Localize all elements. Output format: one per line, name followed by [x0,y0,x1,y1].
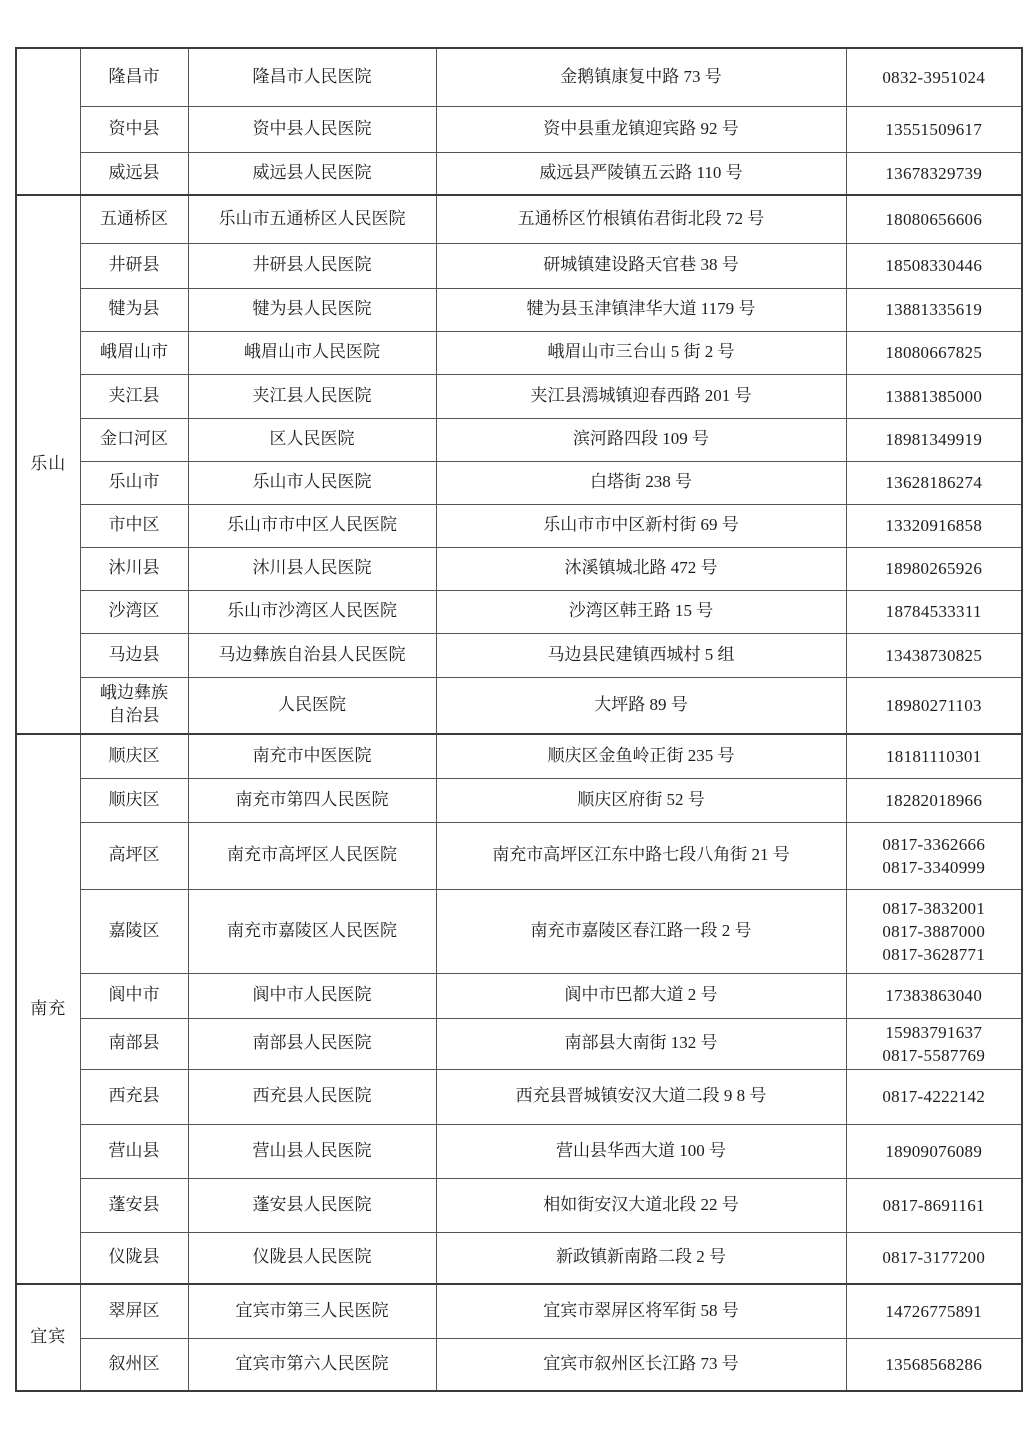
phone-number: 0817-3340999 [853,856,1016,879]
hospital-name-cell: 乐山市五通桥区人民医院 [188,195,436,243]
address-cell: 资中县重龙镇迎宾路 92 号 [436,106,846,152]
district-cell: 资中县 [80,106,188,152]
hospital-name-cell: 南充市嘉陵区人民医院 [188,889,436,973]
phone-cell: 18981349919 [846,418,1022,461]
hospital-row: 峨眉山市峨眉山市人民医院峨眉山市三台山 5 街 2 号18080667825 [16,331,1022,374]
city-cell: 宜宾 [16,1284,80,1391]
phone-number: 18282018966 [853,789,1016,812]
address-cell: 相如街安汉大道北段 22 号 [436,1178,846,1232]
hospital-row: 高坪区南充市高坪区人民医院南充市高坪区江东中路七段八角街 21 号0817-33… [16,822,1022,889]
hospital-name-cell: 犍为县人民医院 [188,288,436,331]
hospital-row: 金口河区区人民医院滨河路四段 109 号18981349919 [16,418,1022,461]
district-cell: 沐川县 [80,547,188,590]
address-cell: 马边县民建镇西城村 5 组 [436,633,846,677]
phone-number: 13881385000 [853,385,1016,408]
phone-number: 18980265926 [853,557,1016,580]
address-cell: 沐溪镇城北路 472 号 [436,547,846,590]
phone-cell: 18909076089 [846,1124,1022,1178]
phone-number: 0817-3628771 [853,943,1016,966]
phone-number: 13438730825 [853,644,1016,667]
hospital-name-cell: 西充县人民医院 [188,1069,436,1124]
address-cell: 夹江县漹城镇迎春西路 201 号 [436,374,846,418]
phone-cell: 18784533311 [846,590,1022,633]
district-cell: 峨眉山市 [80,331,188,374]
hospital-name-cell: 蓬安县人民医院 [188,1178,436,1232]
district-cell: 南部县 [80,1018,188,1069]
hospital-name-cell: 峨眉山市人民医院 [188,331,436,374]
phone-cell: 13320916858 [846,504,1022,547]
phone-number: 13568568286 [853,1353,1016,1376]
phone-number: 18980271103 [853,694,1016,717]
phone-number: 0817-8691161 [853,1194,1016,1217]
district-cell: 沙湾区 [80,590,188,633]
address-cell: 宜宾市叙州区长江路 73 号 [436,1338,846,1391]
district-cell: 翠屏区 [80,1284,188,1338]
hospital-name-cell: 区人民医院 [188,418,436,461]
phone-cell: 0817-38320010817-38870000817-3628771 [846,889,1022,973]
district-cell: 井研县 [80,243,188,288]
district-cell: 嘉陵区 [80,889,188,973]
hospital-row: 南充顺庆区南充市中医医院顺庆区金鱼岭正街 235 号18181110301 [16,734,1022,778]
phone-number: 0817-3887000 [853,920,1016,943]
phone-cell: 14726775891 [846,1284,1022,1338]
phone-cell: 13628186274 [846,461,1022,504]
phone-cell: 13678329739 [846,152,1022,195]
address-cell: 沙湾区韩王路 15 号 [436,590,846,633]
phone-cell: 0817-8691161 [846,1178,1022,1232]
phone-cell: 13551509617 [846,106,1022,152]
phone-cell: 18080656606 [846,195,1022,243]
address-cell: 新政镇新南路二段 2 号 [436,1232,846,1284]
phone-number: 13551509617 [853,118,1016,141]
hospital-row: 乐山五通桥区乐山市五通桥区人民医院五通桥区竹根镇佑君街北段 72 号180806… [16,195,1022,243]
hospital-row: 井研县井研县人民医院研城镇建设路天官巷 38 号18508330446 [16,243,1022,288]
phone-cell: 13881335619 [846,288,1022,331]
district-cell: 仪陇县 [80,1232,188,1284]
phone-number: 13678329739 [853,162,1016,185]
hospital-name-cell: 乐山市人民医院 [188,461,436,504]
phone-cell: 18980265926 [846,547,1022,590]
hospital-row: 顺庆区南充市第四人民医院顺庆区府街 52 号18282018966 [16,778,1022,822]
address-cell: 乐山市市中区新村街 69 号 [436,504,846,547]
hospital-name-cell: 夹江县人民医院 [188,374,436,418]
hospital-name-cell: 资中县人民医院 [188,106,436,152]
hospital-name-cell: 乐山市市中区人民医院 [188,504,436,547]
address-cell: 白塔街 238 号 [436,461,846,504]
phone-number: 0817-3362666 [853,833,1016,856]
hospital-name-cell: 阆中市人民医院 [188,973,436,1018]
district-cell: 威远县 [80,152,188,195]
hospital-name-cell: 乐山市沙湾区人民医院 [188,590,436,633]
phone-number: 0817-3177200 [853,1246,1016,1269]
phone-number: 13320916858 [853,514,1016,537]
district-cell: 隆昌市 [80,48,188,106]
district-cell: 营山县 [80,1124,188,1178]
hospital-name-cell: 沐川县人民医院 [188,547,436,590]
district-cell: 夹江县 [80,374,188,418]
phone-cell: 0817-4222142 [846,1069,1022,1124]
phone-number: 18784533311 [853,600,1016,623]
district-cell: 西充县 [80,1069,188,1124]
address-cell: 滨河路四段 109 号 [436,418,846,461]
district-cell: 金口河区 [80,418,188,461]
phone-cell: 18282018966 [846,778,1022,822]
city-cell [16,48,80,195]
district-cell: 顺庆区 [80,778,188,822]
phone-number: 14726775891 [853,1300,1016,1323]
hospital-name-cell: 南充市第四人民医院 [188,778,436,822]
phone-cell: 18080667825 [846,331,1022,374]
phone-number: 18508330446 [853,254,1016,277]
address-cell: 西充县晋城镇安汉大道二段 9 8 号 [436,1069,846,1124]
hospital-row: 乐山市乐山市人民医院白塔街 238 号13628186274 [16,461,1022,504]
hospital-row: 仪陇县仪陇县人民医院新政镇新南路二段 2 号0817-3177200 [16,1232,1022,1284]
hospital-row: 峨边彝族自治县人民医院大坪路 89 号18980271103 [16,677,1022,734]
hospital-row: 叙州区宜宾市第六人民医院宜宾市叙州区长江路 73 号13568568286 [16,1338,1022,1391]
address-cell: 峨眉山市三台山 5 街 2 号 [436,331,846,374]
hospital-name-cell: 人民医院 [188,677,436,734]
district-cell: 犍为县 [80,288,188,331]
address-cell: 南充市高坪区江东中路七段八角街 21 号 [436,822,846,889]
hospital-row: 南部县南部县人民医院南部县大南街 132 号159837916370817-55… [16,1018,1022,1069]
phone-number: 13628186274 [853,471,1016,494]
hospital-row: 犍为县犍为县人民医院犍为县玉津镇津华大道 1179 号13881335619 [16,288,1022,331]
district-cell: 乐山市 [80,461,188,504]
hospital-row: 沙湾区乐山市沙湾区人民医院沙湾区韩王路 15 号18784533311 [16,590,1022,633]
hospital-row: 蓬安县蓬安县人民医院相如街安汉大道北段 22 号0817-8691161 [16,1178,1022,1232]
district-cell: 蓬安县 [80,1178,188,1232]
address-cell: 南部县大南街 132 号 [436,1018,846,1069]
address-cell: 金鹅镇康复中路 73 号 [436,48,846,106]
phone-cell: 17383863040 [846,973,1022,1018]
phone-number: 18181110301 [853,745,1016,768]
district-cell: 五通桥区 [80,195,188,243]
phone-cell: 0832-3951024 [846,48,1022,106]
address-cell: 阆中市巴都大道 2 号 [436,973,846,1018]
address-cell: 犍为县玉津镇津华大道 1179 号 [436,288,846,331]
phone-cell: 159837916370817-5587769 [846,1018,1022,1069]
phone-cell: 13568568286 [846,1338,1022,1391]
address-cell: 南充市嘉陵区春江路一段 2 号 [436,889,846,973]
hospital-row: 隆昌市隆昌市人民医院金鹅镇康复中路 73 号0832-3951024 [16,48,1022,106]
city-cell: 南充 [16,734,80,1284]
district-cell: 顺庆区 [80,734,188,778]
hospital-name-cell: 马边彝族自治县人民医院 [188,633,436,677]
phone-number: 0832-3951024 [853,66,1016,89]
phone-cell: 18181110301 [846,734,1022,778]
hospital-name-cell: 南充市高坪区人民医院 [188,822,436,889]
hospital-name-cell: 宜宾市第六人民医院 [188,1338,436,1391]
phone-cell: 13881385000 [846,374,1022,418]
phone-cell: 0817-33626660817-3340999 [846,822,1022,889]
hospital-name-cell: 南部县人民医院 [188,1018,436,1069]
phone-number: 18080667825 [853,341,1016,364]
district-cell: 市中区 [80,504,188,547]
address-cell: 研城镇建设路天官巷 38 号 [436,243,846,288]
address-cell: 顺庆区金鱼岭正街 235 号 [436,734,846,778]
hospital-row: 市中区乐山市市中区人民医院乐山市市中区新村街 69 号13320916858 [16,504,1022,547]
hospital-row: 嘉陵区南充市嘉陵区人民医院南充市嘉陵区春江路一段 2 号0817-3832001… [16,889,1022,973]
hospital-name-cell: 隆昌市人民医院 [188,48,436,106]
hospital-row: 资中县资中县人民医院资中县重龙镇迎宾路 92 号13551509617 [16,106,1022,152]
address-cell: 大坪路 89 号 [436,677,846,734]
hospital-row: 威远县威远县人民医院威远县严陵镇五云路 110 号13678329739 [16,152,1022,195]
hospital-name-cell: 威远县人民医院 [188,152,436,195]
phone-cell: 13438730825 [846,633,1022,677]
address-cell: 营山县华西大道 100 号 [436,1124,846,1178]
phone-number: 0817-3832001 [853,897,1016,920]
hospital-name-cell: 宜宾市第三人民医院 [188,1284,436,1338]
document-page: 隆昌市隆昌市人民医院金鹅镇康复中路 73 号0832-3951024资中县资中县… [0,0,1024,1448]
district-cell: 叙州区 [80,1338,188,1391]
hospital-row: 西充县西充县人民医院西充县晋城镇安汉大道二段 9 8 号0817-4222142 [16,1069,1022,1124]
phone-number: 13881335619 [853,298,1016,321]
hospital-row: 营山县营山县人民医院营山县华西大道 100 号18909076089 [16,1124,1022,1178]
phone-number: 18981349919 [853,428,1016,451]
hospital-row: 阆中市阆中市人民医院阆中市巴都大道 2 号17383863040 [16,973,1022,1018]
city-cell: 乐山 [16,195,80,734]
phone-number: 18080656606 [853,208,1016,231]
hospital-row: 马边县马边彝族自治县人民医院马边县民建镇西城村 5 组13438730825 [16,633,1022,677]
phone-cell: 0817-3177200 [846,1232,1022,1284]
address-cell: 五通桥区竹根镇佑君街北段 72 号 [436,195,846,243]
phone-number: 0817-4222142 [853,1085,1016,1108]
phone-number: 17383863040 [853,984,1016,1007]
district-cell: 峨边彝族自治县 [80,677,188,734]
hospital-contact-table: 隆昌市隆昌市人民医院金鹅镇康复中路 73 号0832-3951024资中县资中县… [15,47,1023,1392]
hospital-row: 夹江县夹江县人民医院夹江县漹城镇迎春西路 201 号13881385000 [16,374,1022,418]
address-cell: 宜宾市翠屏区将军街 58 号 [436,1284,846,1338]
hospital-row: 宜宾翠屏区宜宾市第三人民医院宜宾市翠屏区将军街 58 号14726775891 [16,1284,1022,1338]
district-cell: 高坪区 [80,822,188,889]
address-cell: 顺庆区府街 52 号 [436,778,846,822]
hospital-row: 沐川县沐川县人民医院沐溪镇城北路 472 号18980265926 [16,547,1022,590]
hospital-name-cell: 营山县人民医院 [188,1124,436,1178]
phone-number: 0817-5587769 [853,1044,1016,1067]
phone-cell: 18980271103 [846,677,1022,734]
phone-number: 15983791637 [853,1021,1016,1044]
phone-number: 18909076089 [853,1140,1016,1163]
hospital-name-cell: 仪陇县人民医院 [188,1232,436,1284]
hospital-name-cell: 南充市中医医院 [188,734,436,778]
hospital-name-cell: 井研县人民医院 [188,243,436,288]
district-cell: 马边县 [80,633,188,677]
address-cell: 威远县严陵镇五云路 110 号 [436,152,846,195]
district-cell: 阆中市 [80,973,188,1018]
phone-cell: 18508330446 [846,243,1022,288]
